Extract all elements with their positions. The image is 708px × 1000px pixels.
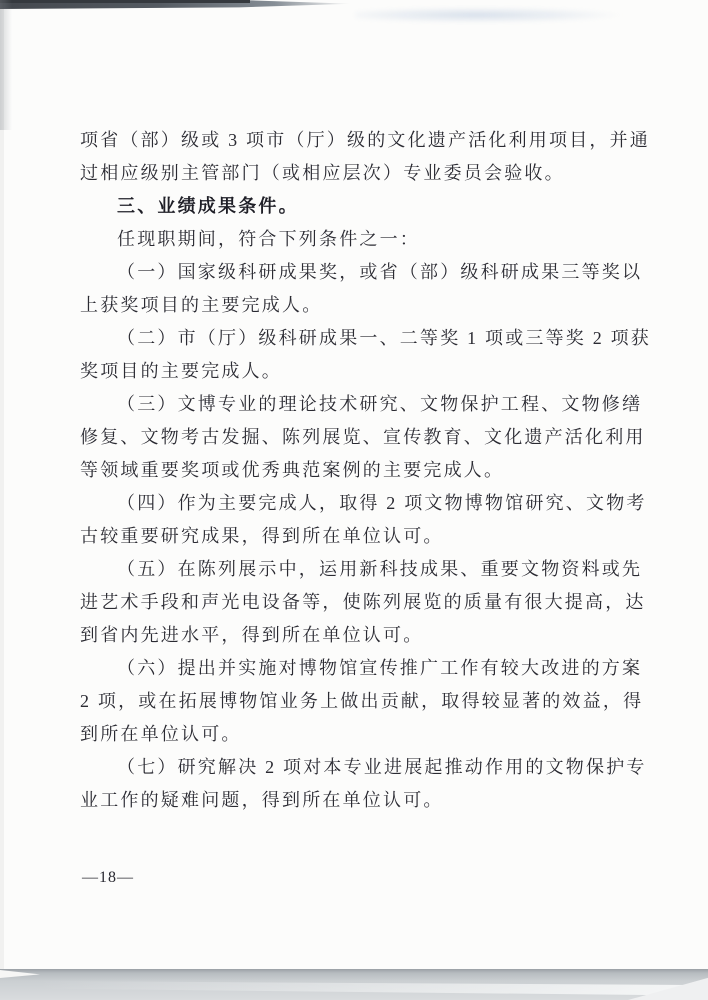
scan-artifact-left-strip <box>0 0 4 1000</box>
text-line: （四）作为主要完成人，取得 2 项文物博物馆研究、文物考 <box>80 487 636 520</box>
text-line: 项省（部）级或 3 项市（厅）级的文化遗产活化利用项目，并通 <box>80 124 636 157</box>
text-line: 修复、文物考古发掘、陈列展览、宣传教育、文化遗产活化利用 <box>80 421 636 454</box>
scan-artifact-top-line <box>0 0 250 3</box>
text-line: 2 项，或在拓展博物馆业务上做出贡献，取得较显著的效益，得 <box>80 685 636 718</box>
text-line: （六）提出并实施对博物馆宣传推广工作有较大改进的方案 <box>80 652 636 685</box>
text-line: （一）国家级科研成果奖，或省（部）级科研成果三等奖以 <box>80 256 636 289</box>
text-line: 奖项目的主要完成人。 <box>80 355 636 388</box>
text-line: （七）研究解决 2 项对本专业进展起推动作用的文物保护专 <box>80 751 636 784</box>
section-heading: 三、业绩成果条件。 <box>80 190 636 223</box>
text-line: 等领域重要奖项或优秀典范案例的主要完成人。 <box>80 454 636 487</box>
text-line: 进艺术手段和声光电设备等，使陈列展览的质量有很大提高，达 <box>80 586 636 619</box>
text-line: 古较重要研究成果，得到所在单位认可。 <box>80 520 636 553</box>
scanned-document-page: 项省（部）级或 3 项市（厅）级的文化遗产活化利用项目，并通过相应级别主管部门（… <box>0 0 708 1000</box>
scan-artifact-top-smudge <box>355 7 625 23</box>
text-line: 到所在单位认可。 <box>80 718 636 751</box>
text-line: 业工作的疑难问题，得到所在单位认可。 <box>80 784 636 817</box>
text-line: （五）在陈列展示中，运用新科技成果、重要文物资料或先 <box>80 553 636 586</box>
text-line: 上获奖项目的主要完成人。 <box>80 289 636 322</box>
text-line: （三）文博专业的理论技术研究、文物保护工程、文物修缮 <box>80 388 636 421</box>
text-line: （二）市（厅）级科研成果一、二等奖 1 项或三等奖 2 项获 <box>80 322 636 355</box>
text-line: 任现职期间，符合下列条件之一： <box>80 223 636 256</box>
page-number: —18— <box>82 869 134 887</box>
text-line: 过相应级别主管部门（或相应层次）专业委员会验收。 <box>80 157 636 190</box>
text-block: 项省（部）级或 3 项市（厅）级的文化遗产活化利用项目，并通过相应级别主管部门（… <box>80 124 636 817</box>
text-line: 到省内先进水平，得到所在单位认可。 <box>80 619 636 652</box>
